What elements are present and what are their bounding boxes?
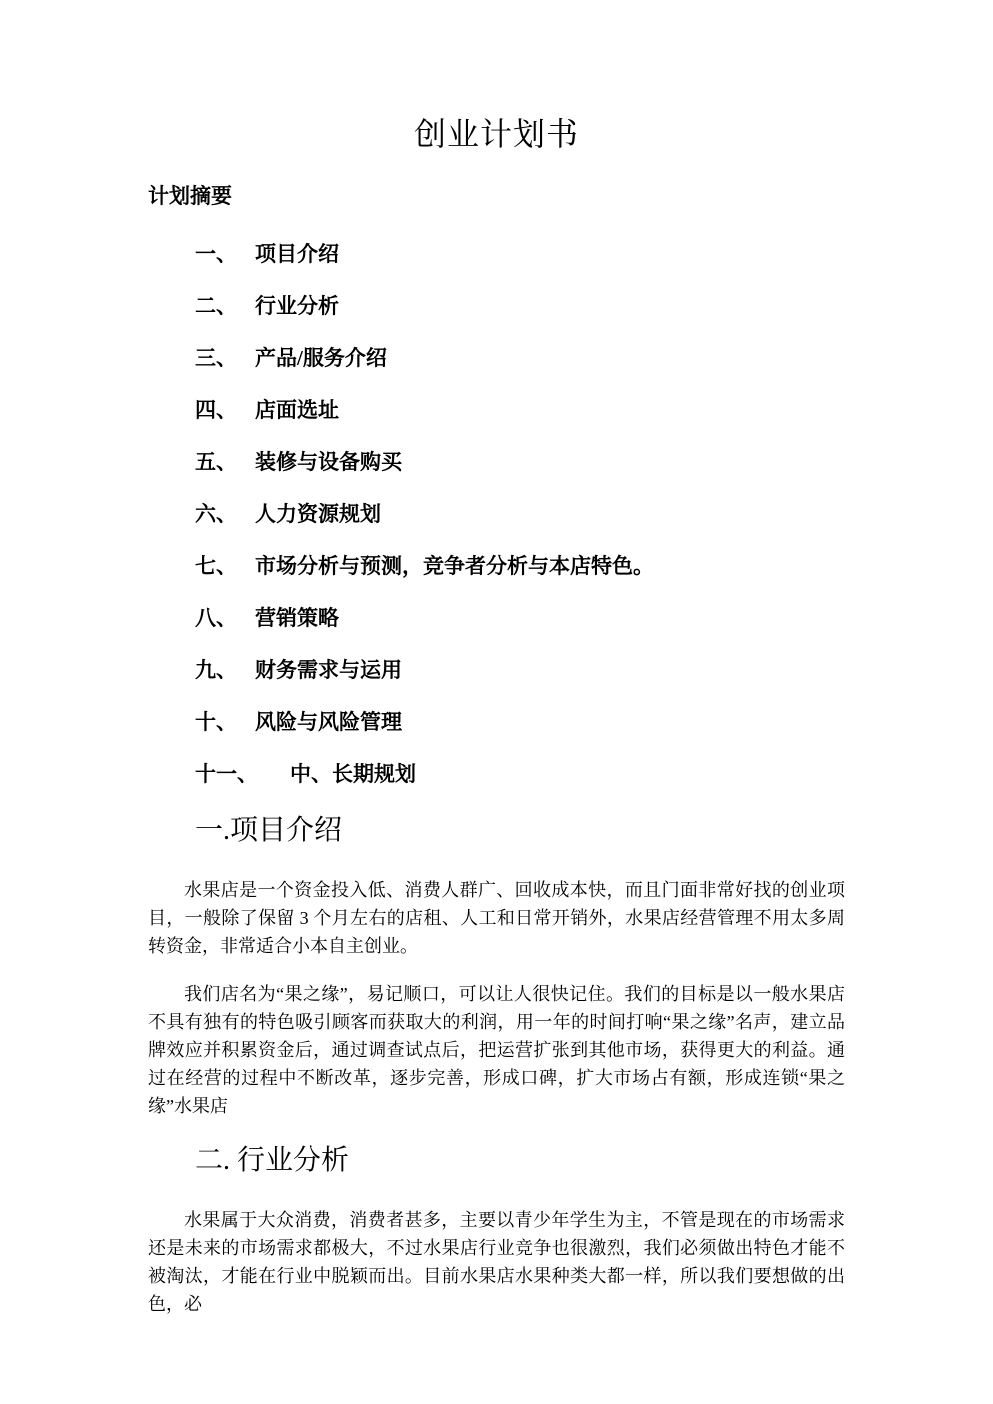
document-page: 创业计划书 计划摘要 一、项目介绍 二、行业分析 三、产品/服务介绍 四、店面选… [0,0,993,1404]
toc-item-label: 财务需求与运用 [255,658,402,682]
toc-item-number: 五、 [195,448,255,476]
toc-list: 一、项目介绍 二、行业分析 三、产品/服务介绍 四、店面选址 五、装修与设备购买… [148,240,845,788]
toc-item-9: 九、财务需求与运用 [148,656,845,684]
toc-item-label: 装修与设备购买 [255,450,402,474]
section-heading-project-intro: 一.项目介绍 [195,812,845,850]
toc-item-label: 产品/服务介绍 [255,346,387,370]
section-heading-industry-analysis: 二. 行业分析 [195,1142,845,1180]
toc-item-number: 三、 [195,344,255,372]
toc-item-8: 八、营销策略 [148,604,845,632]
paragraph: 水果属于大众消费，消费者甚多，主要以青少年学生为主，不管是现在的市场需求还是未来… [148,1206,845,1318]
toc-item-4: 四、店面选址 [148,396,845,424]
toc-item-label: 行业分析 [255,294,339,318]
toc-item-2: 二、行业分析 [148,292,845,320]
toc-item-1: 一、项目介绍 [148,240,845,268]
toc-item-5: 五、装修与设备购买 [148,448,845,476]
toc-item-number: 一、 [195,240,255,268]
toc-item-6: 六、人力资源规划 [148,500,845,528]
toc-item-number: 四、 [195,396,255,424]
toc-item-label: 项目介绍 [255,242,339,266]
toc-item-10: 十、风险与风险管理 [148,708,845,736]
toc-item-number: 八、 [195,604,255,632]
toc-item-3: 三、产品/服务介绍 [148,344,845,372]
toc-item-number: 九、 [195,656,255,684]
toc-item-label: 营销策略 [255,606,339,630]
toc-item-label: 市场分析与预测，竞争者分析与本店特色。 [255,554,654,578]
toc-item-7: 七、市场分析与预测，竞争者分析与本店特色。 [148,552,845,580]
document-title: 创业计划书 [148,112,845,156]
toc-item-label: 风险与风险管理 [255,710,402,734]
toc-item-11: 十一、中、长期规划 [148,760,845,788]
toc-item-label: 中、长期规划 [290,762,416,786]
summary-heading: 计划摘要 [148,182,845,210]
paragraph: 水果店是一个资金投入低、消费人群广、回收成本快，而且门面非常好找的创业项目，一般… [148,876,845,960]
toc-item-number: 二、 [195,292,255,320]
toc-item-label: 人力资源规划 [255,502,381,526]
toc-item-label: 店面选址 [255,398,339,422]
paragraph: 我们店名为“果之缘”，易记顺口，可以让人很快记住。我们的目标是以一般水果店不具有… [148,980,845,1120]
toc-item-number: 六、 [195,500,255,528]
toc-item-number: 十、 [195,708,255,736]
toc-item-number: 十一、 [195,760,290,788]
toc-item-number: 七、 [195,552,255,580]
